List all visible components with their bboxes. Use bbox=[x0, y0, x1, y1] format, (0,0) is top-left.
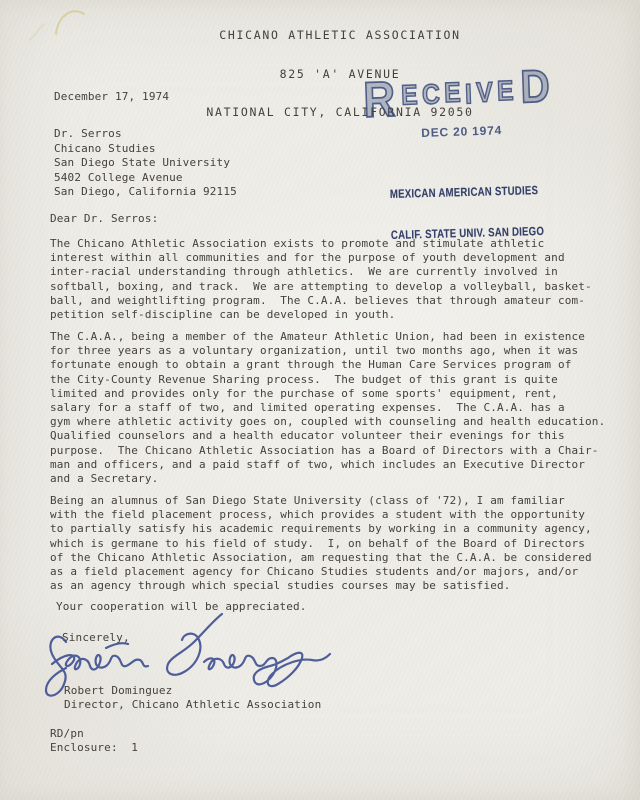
received-stamp-letter: D bbox=[520, 63, 551, 110]
letterhead-organization: CHICANO ATHLETIC ASSOCIATION bbox=[40, 29, 640, 42]
received-stamp-letter: I bbox=[465, 80, 473, 108]
salutation: Dear Dr. Serros: bbox=[50, 212, 158, 226]
received-stamp: R E C E I V E D bbox=[362, 56, 550, 118]
date-line: December 17, 1974 bbox=[54, 90, 169, 104]
body-paragraph-1: The Chicano Athletic Association exists … bbox=[50, 237, 592, 322]
typed-signature-title: Director, Chicano Athletic Association bbox=[64, 698, 321, 712]
body-paragraph-2: The C.A.A., being a member of the Amateu… bbox=[50, 330, 605, 486]
letterhead-address-line1: 825 'A' AVENUE bbox=[40, 68, 640, 81]
received-stamp-letter: E bbox=[444, 79, 461, 108]
received-stamp-letter: C bbox=[422, 80, 441, 109]
department-stamp-line1: MEXICAN AMERICAN STUDIES bbox=[390, 184, 544, 202]
recipient-address-block: Dr. Serros Chicano Studies San Diego Sta… bbox=[54, 127, 237, 200]
received-stamp-letter: E bbox=[497, 77, 514, 106]
letter-page: CHICANO ATHLETIC ASSOCIATION 825 'A' AVE… bbox=[0, 0, 640, 800]
received-stamp-letter: V bbox=[476, 79, 493, 108]
body-paragraph-3: Being an alumnus of San Diego State Univ… bbox=[50, 494, 592, 593]
letterhead: CHICANO ATHLETIC ASSOCIATION 825 'A' AVE… bbox=[40, 4, 640, 144]
reference-initials: RD/pn bbox=[50, 727, 84, 741]
received-stamp-letter: R bbox=[362, 74, 396, 125]
received-stamp-letter: E bbox=[401, 81, 418, 110]
received-date-stamp: DEC 20 1974 bbox=[421, 123, 502, 140]
enclosure-line: Enclosure: 1 bbox=[50, 741, 138, 755]
typed-signature-name: Robert Dominguez bbox=[64, 684, 172, 698]
